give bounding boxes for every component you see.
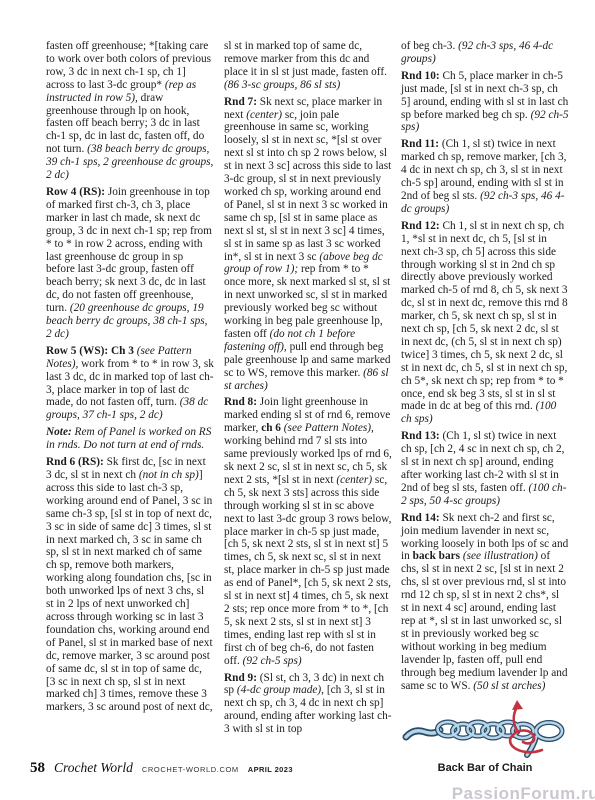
issue-date: APRIL 2023 (248, 764, 293, 777)
watermark: PassionForum.ru (452, 788, 595, 800)
text-segment: sc, ch 5, sk next 3 sts] across this sid… (224, 474, 391, 667)
paragraph: Rnd 9: (Sl st, ch 3, 3 dc) in next ch sp… (224, 672, 392, 737)
text-segment: (92 ch-5 sps) (243, 655, 302, 667)
text-column-2: sl st in marked top of same dc, remove m… (224, 40, 392, 740)
text-segment: (see illustration) (463, 550, 538, 562)
page-number: 58 (30, 762, 45, 775)
column-text: of beg ch-3. (92 ch-3 sps, 46 4-dc group… (401, 40, 569, 692)
text-segment: sl st in marked top of same dc, remove m… (224, 40, 387, 78)
paragraph: Row 4 (RS): Join greenhouse in top of ma… (46, 186, 214, 341)
paragraph: sl st in marked top of same dc, remove m… (224, 40, 392, 92)
text-segment: Rnd 14: (401, 512, 442, 524)
text-segment: sc, join pale greenhouse in same sc, wor… (224, 109, 391, 263)
text-column-1: fasten off greenhouse; *[taking care to … (46, 40, 214, 718)
text-segment: Rnd 10: (401, 70, 442, 82)
text-segment: Rnd 9: (224, 672, 260, 684)
text-segment: Rnd 6 (RS): (46, 456, 107, 468)
text-segment: Rnd 7: (224, 96, 260, 108)
paragraph: of beg ch-3. (92 ch-3 sps, 46 4-dc group… (401, 40, 569, 66)
text-segment: (4-dc group made), (237, 684, 324, 696)
paragraph: Rnd 13: (Ch 1, sl st) twice in next ch s… (401, 430, 569, 507)
page-footer: 58 Crochet World CROCHET-WORLD.COM APRIL… (30, 762, 293, 777)
paragraph: Rnd 6 (RS): Sk first dc, [sc in next 3 d… (46, 456, 214, 714)
column-text: sl st in marked top of same dc, remove m… (224, 40, 392, 736)
text-segment: ] across this side to last ch-3 sp, work… (46, 469, 213, 713)
text-segment: (86 3-sc groups, 86 sl sts) (224, 79, 340, 91)
magazine-website: CROCHET-WORLD.COM (142, 764, 239, 777)
text-segment: (50 sl st arches) (473, 680, 545, 692)
illustration-caption: Back Bar of Chain (401, 762, 569, 775)
paragraph: fasten off greenhouse; *[taking care to … (46, 40, 214, 182)
text-segment: Join greenhouse in top of marked first c… (46, 186, 212, 314)
text-segment: Row 5 (WS): Ch 3 (46, 345, 137, 357)
text-segment: (see Pattern Notes), (284, 422, 374, 434)
text-segment: Rnd 11: (401, 138, 442, 150)
paragraph: Rnd 7: Sk next sc, place marker in next … (224, 96, 392, 393)
chain-illustration: Back Bar of Chain (401, 700, 569, 775)
text-segment: ch 6 (261, 422, 284, 434)
text-segment: Ch 1, sl st in next ch sp, ch 1, *sl st … (401, 220, 568, 413)
text-segment: (not in ch sp) (139, 469, 199, 481)
text-column-3: of beg ch-3. (92 ch-3 sps, 46 4-dc group… (401, 40, 569, 775)
paragraph: Row 5 (WS): Ch 3 (see Pattern Notes), wo… (46, 345, 214, 422)
paragraph: Rnd 11: (Ch 1, sl st) twice in next mark… (401, 138, 569, 215)
text-segment: Note: (46, 426, 75, 438)
text-segment: of chs, sl st in next 2 sc, [sl st in ne… (401, 550, 568, 691)
paragraph: Rnd 10: Ch 5, place marker in ch-5 just … (401, 70, 569, 135)
text-segment: of beg ch-3. (401, 40, 458, 52)
text-segment: (center) (246, 109, 282, 121)
text-segment: Row 4 (RS): (46, 186, 108, 198)
text-segment: back bars (413, 550, 463, 562)
text-segment: Rnd 13: (401, 430, 442, 442)
column-text: fasten off greenhouse; *[taking care to … (46, 40, 214, 714)
paragraph: Rnd 14: Sk next ch-2 and first sc, join … (401, 512, 569, 693)
text-segment: (center) (336, 474, 372, 486)
paragraph: Rnd 12: Ch 1, sl st in next ch sp, ch 1,… (401, 220, 569, 427)
paragraph: Note: Rem of Panel is worked on RS in rn… (46, 426, 214, 452)
magazine-title: Crochet World (54, 762, 133, 775)
text-segment: Rnd 8: (224, 396, 260, 408)
text-segment: Rnd 12: (401, 220, 442, 232)
paragraph: Rnd 8: Join light greenhouse in marked e… (224, 396, 392, 667)
text-segment: (20 greenhouse dc groups, 19 beach berry… (46, 302, 207, 340)
crochet-chain-diagram (401, 700, 569, 758)
